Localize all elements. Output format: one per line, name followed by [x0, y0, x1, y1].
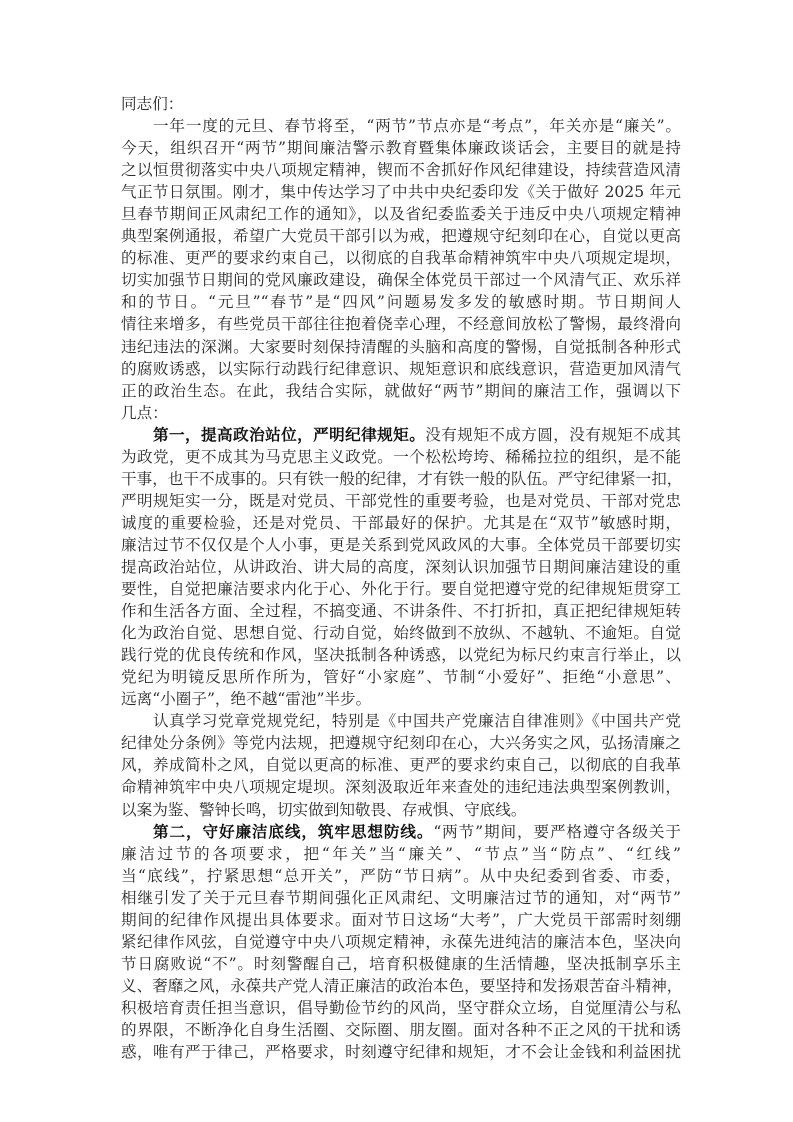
paragraph-first-point: 第一，提高政治站位，严明纪律规矩。没有规矩不成方圆，没有规矩不成其 为政党，更不…: [121, 424, 681, 711]
paragraph-second-point: 第二，守好廉洁底线，筑牢思想防线。“两节”期间，要严格遵守各级关于 廉洁过节的各…: [121, 821, 681, 1064]
text-line: 相继引发了关于元旦春节期间强化正风肃纪、文明廉洁过节的通知，对“两节”: [121, 887, 681, 909]
salutation: 同志们：: [121, 93, 681, 115]
text-line: 命精神筑牢中央八项规定堤坝。深刻汲取近年来查处的违纪违法典型案例教训，: [121, 776, 681, 798]
text-line: 要性，自觉把廉洁要求内化于心、外化于行。要自觉把遵守党的纪律规矩贯穿工: [121, 578, 681, 600]
text-line: 为政党，更不成其为马克思主义政党。一个松松垮垮、稀稀拉拉的组织，是不能: [121, 446, 681, 468]
section-heading-1: 第一，提高政治站位，严明纪律规矩。: [153, 425, 425, 444]
text-line: 化为政治自觉、思想自觉、行动自觉，始终做到不放纵、不越轨、不逾矩。自觉: [121, 622, 681, 644]
text-line: 的界限，不断净化自身生活圈、交际圈、朋友圈。面对各种不正之风的干扰和诱: [121, 1019, 681, 1041]
text-line: 惑，唯有严于律己，严格要求，时刻遵守纪律和规矩，才不会让金钱和利益困扰: [121, 1041, 681, 1063]
text-line: 以案为鉴、警钟长鸣，切实做到知敬畏、存戒惧、守底线。: [121, 799, 681, 821]
text-line: 的标准、更严的要求约束自己，以彻底的自我革命精神筑牢中央八项规定堤坝，: [121, 247, 681, 269]
text-line: 纪律处分条例》等党内法规，把遵规守纪刻印在心，大兴务实之风，弘扬清廉之: [121, 732, 681, 754]
text-line: 提高政治站位，从讲政治、讲大局的高度，深刻认识加强节日期间廉洁建设的重: [121, 556, 681, 578]
text-line: 的腐败诱惑，以实际行动践行纪律意识、规矩意识和底线意识，营造更加风清气: [121, 358, 681, 380]
paragraph-study-rules: 认真学习党章党规党纪，特别是《中国共产党廉洁自律准则》《中国共产党 纪律处分条例…: [121, 710, 681, 820]
text-line: 一年一度的元旦、春节将至，“两节”节点亦是“考点”，年关亦是“廉关”。: [121, 115, 681, 137]
text-line: 今天，组织召开“两节”期间廉洁警示教育暨集体廉政谈话会，主要目的就是持: [121, 137, 681, 159]
text-line: 远离“小圈子”，绝不越“雷池”半步。: [121, 688, 681, 710]
text-line: 正的政治生态。在此，我结合实际，就做好“两节”期间的廉洁工作，强调以下: [121, 380, 681, 402]
text-line: 义、奢靡之风，永葆共产党人清正廉洁的政治本色，要坚持和发扬艰苦奋斗精神，: [121, 975, 681, 997]
paragraph-intro: 一年一度的元旦、春节将至，“两节”节点亦是“考点”，年关亦是“廉关”。 今天，组…: [121, 115, 681, 424]
text-line: 气正节日氛围。刚才，集中传达学习了中共中央纪委印发《关于做好 2025 年元: [121, 181, 681, 203]
text-line: 第二，守好廉洁底线，筑牢思想防线。“两节”期间，要严格遵守各级关于: [121, 821, 681, 843]
text-line: 廉洁过节的各项要求，把“年关”当“廉关”、“节点”当“防点”、“红线”: [121, 843, 681, 865]
text-line: 作和生活各方面、全过程，不搞变通、不讲条件、不打折扣，真正把纪律规矩转: [121, 600, 681, 622]
section-heading-2: 第二，守好廉洁底线，筑牢思想防线。: [153, 822, 433, 841]
text-line: 期间的纪律作风提出具体要求。面对节日这场“大考”，广大党员干部需时刻绷: [121, 909, 681, 931]
text-line: 廉洁过节不仅仅是个人小事，更是关系到党风政风的大事。全体党员干部要切实: [121, 534, 681, 556]
text-line: 干事，也干不成事的。只有铁一般的纪律，才有铁一般的队伍。严守纪律紧一扣，: [121, 468, 681, 490]
text-line: 践行党的优良传统和作风，坚决抵制各种诱惑，以党纪为标尺约束言行举止，以: [121, 644, 681, 666]
heading-continuation: “两节”期间，要严格遵守各级关于: [433, 823, 681, 841]
text-line: 诚度的重要检验，还是对党员、干部最好的保护。尤其是在“双节”敏感时期，: [121, 512, 681, 534]
text-line: 当“底线”，拧紧思想“总开关”，严防“节日病”。从中央纪委到省委、市委，: [121, 865, 681, 887]
text-line: 第一，提高政治站位，严明纪律规矩。没有规矩不成方圆，没有规矩不成其: [121, 424, 681, 446]
document-page: 同志们： 一年一度的元旦、春节将至，“两节”节点亦是“考点”，年关亦是“廉关”。…: [121, 93, 681, 1063]
text-line: 积极培育责任担当意识，倡导勤俭节约的风尚，坚守群众立场，自觉厘清公与私: [121, 997, 681, 1019]
text-line: 违纪违法的深渊。大家要时刻保持清醒的头脑和高度的警惕，自觉抵制各种形式: [121, 336, 681, 358]
heading-continuation: 没有规矩不成方圆，没有规矩不成其: [425, 426, 681, 444]
text-line: 严明规矩实一分，既是对党员、干部党性的重要考验，也是对党员、干部对党忠: [121, 490, 681, 512]
text-line: 情往来增多，有些党员干部往往抱着侥幸心理，不经意间放松了警惕，最终滑向: [121, 313, 681, 335]
text-line: 党纪为明镜反思所作所为，管好“小家庭”、节制“小爱好”、拒绝“小意思”、: [121, 666, 681, 688]
text-line: 之以恒贯彻落实中央八项规定精神，锲而不舍抓好作风纪律建设，持续营造风清: [121, 159, 681, 181]
text-line: 认真学习党章党规党纪，特别是《中国共产党廉洁自律准则》《中国共产党: [121, 710, 681, 732]
text-line: 切实加强节日期间的党风廉政建设，确保全体党员干部过一个风清气正、欢乐祥: [121, 269, 681, 291]
text-line: 和的节日。“元旦”“春节”是“四风”问题易发多发的敏感时期。节日期间人: [121, 291, 681, 313]
text-line: 节日腐败说“不”。时刻警醒自己，培育积极健康的生活情趣，坚决抵制享乐主: [121, 953, 681, 975]
text-line: 紧纪律作风弦，自觉遵守中央八项规定精神，永葆先进纯洁的廉洁本色，坚决向: [121, 931, 681, 953]
text-line: 几点：: [121, 402, 681, 424]
text-line: 旦春节期间正风肃纪工作的通知》，以及省纪委监委关于违反中央八项规定精神: [121, 203, 681, 225]
text-line: 风，养成简朴之风，自觉以更高的标准、更严的要求约束自己，以彻底的自我革: [121, 754, 681, 776]
text-line: 典型案例通报，希望广大党员干部引以为戒，把遵规守纪刻印在心，自觉以更高: [121, 225, 681, 247]
